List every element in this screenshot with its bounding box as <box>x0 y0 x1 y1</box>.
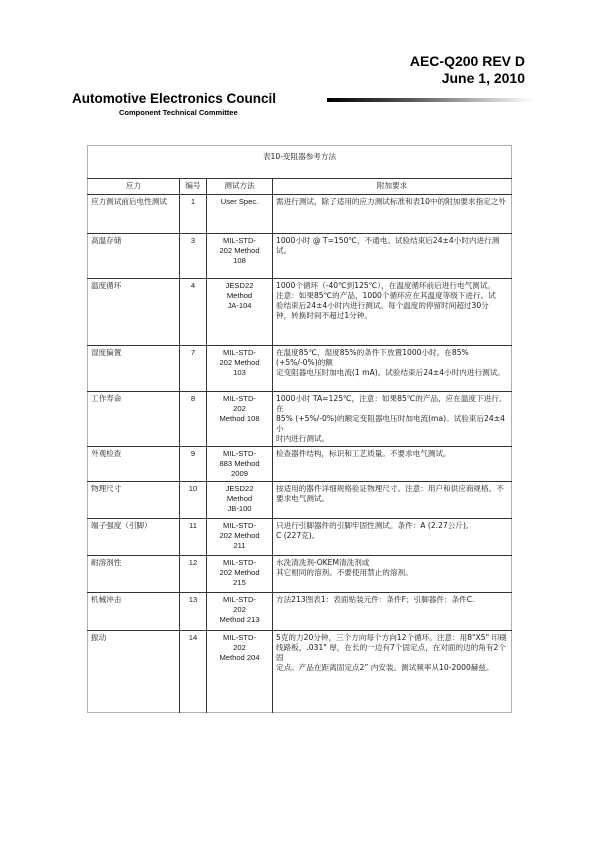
stress-cell: 物理尺寸 <box>88 482 180 519</box>
method-cell: MIL-STD-202 Method103 <box>207 346 273 392</box>
stress-cell: 湿度偏置 <box>88 346 180 392</box>
header-gradient-rule <box>327 98 533 102</box>
number-cell: 11 <box>180 519 207 556</box>
method-cell: MIL-STD-883 Method2009 <box>207 447 273 482</box>
method-cell: JESD22MethodJA-104 <box>207 279 273 346</box>
organization-name: Automotive Electronics Council <box>72 91 276 106</box>
requirement-line: 定点。产品在距离固定点2” 内安装。测试频率从10-2000赫兹。 <box>276 663 508 673</box>
method-cell: MIL-STD-202Method 204 <box>207 631 273 713</box>
method-line: JA-104 <box>210 301 269 311</box>
stress-cell: 振动 <box>88 631 180 713</box>
requirement-line: 检查器件结构，标识和工艺质量。不要求电气测试。 <box>276 449 508 459</box>
stress-cell: 工作寿命 <box>88 392 180 447</box>
requirement-line: 时内进行测试。 <box>276 434 508 444</box>
number-cell: 10 <box>180 482 207 519</box>
requirement-line: 在温度85℃，湿度85%的条件下放置1000小时。在85% (+5%/-0%)的… <box>276 348 508 368</box>
method-line: MIL-STD- <box>210 394 269 404</box>
method-line: Method 204 <box>210 653 269 663</box>
stress-cell: 机械冲击 <box>88 593 180 631</box>
requirement-cell: 按适用的器件详细规格验证物理尺寸。注意：用户和供应商规格。不要求电气测试。 <box>273 482 512 519</box>
requirement-line: 线路板，.031" 厚，在长的一边有7个固定点，在对面的边的角有2个固 <box>276 643 508 663</box>
requirement-line: 5克的力20分钟，三个方向每个方向12个循环。注意：用8"X5" 印刷 <box>276 633 508 643</box>
method-line: 2009 <box>210 469 269 479</box>
table-header-row: 应力 编号 测试方法 附加要求 <box>88 179 512 195</box>
method-line: Method <box>210 291 269 301</box>
number-cell: 7 <box>180 346 207 392</box>
stress-cell: 应力测试前后电性测试 <box>88 195 180 234</box>
table-row: 耐溶剂性12MIL-STD-202 Method215水洗清洗剂-OKEM清洗剂… <box>88 556 512 593</box>
requirement-line: 验结束后24±4小时内进行测试。每个温度的停留时间超过30分 <box>276 301 508 311</box>
stress-cell: 温度循环 <box>88 279 180 346</box>
col-header-requirements: 附加要求 <box>273 179 512 195</box>
requirement-line: 1000小时 TA=125℃，注意：如果85℃的产品，应在温度下进行。在 <box>276 394 508 414</box>
table-row: 温度循环4JESD22MethodJA-1041000个循环（-40℃到125℃… <box>88 279 512 346</box>
requirement-line: 水洗清洗剂-OKEM清洗剂或 <box>276 558 508 568</box>
requirement-cell: 在温度85℃，湿度85%的条件下放置1000小时。在85% (+5%/-0%)的… <box>273 346 512 392</box>
method-line: Method <box>210 494 269 504</box>
table-row: 高温存储3MIL-STD-202 Method1081000小时 @ T=150… <box>88 234 512 279</box>
method-cell: JESD22MethodJB-100 <box>207 482 273 519</box>
requirement-line: 注意：如果85℃的产品，1000个循环应在其温度等级下进行。试 <box>276 291 508 301</box>
table-title-row: 表10-变阻器参考方法 <box>88 146 512 179</box>
col-header-stress: 应力 <box>88 179 180 195</box>
reference-methods-table: 表10-变阻器参考方法 应力 编号 测试方法 附加要求 应力测试前后电性测试1U… <box>87 145 512 713</box>
requirement-line: 1000小时 @ T=150℃，不通电。试验结束后24±4小时内进行测试。 <box>276 236 508 256</box>
method-line: Method 108 <box>210 414 269 424</box>
method-cell: MIL-STD-202Method 108 <box>207 392 273 447</box>
number-cell: 13 <box>180 593 207 631</box>
stress-cell: 外观检查 <box>88 447 180 482</box>
number-cell: 4 <box>180 279 207 346</box>
table-row: 物理尺寸10JESD22MethodJB-100按适用的器件详细规格验证物理尺寸… <box>88 482 512 519</box>
table-row: 湿度偏置7MIL-STD-202 Method103在温度85℃，湿度85%的条… <box>88 346 512 392</box>
method-cell: MIL-STD-202Method 213 <box>207 593 273 631</box>
requirement-line: 其它相同的溶剂。不要使用禁止的溶剂。 <box>276 568 508 578</box>
number-cell: 12 <box>180 556 207 593</box>
number-cell: 1 <box>180 195 207 234</box>
requirement-line: C (227克)。 <box>276 531 508 541</box>
requirement-cell: 5克的力20分钟，三个方向每个方向12个循环。注意：用8"X5" 印刷线路板，.… <box>273 631 512 713</box>
method-cell: User Spec. <box>207 195 273 234</box>
requirement-cell: 检查器件结构，标识和工艺质量。不要求电气测试。 <box>273 447 512 482</box>
doc-code: AEC-Q200 REV D <box>410 53 525 70</box>
method-line: 883 Method <box>210 459 269 469</box>
table-row: 外观检查9MIL-STD-883 Method2009检查器件结构，标识和工艺质… <box>88 447 512 482</box>
requirement-line: 定变阻器电压时加电流(1 mA)。试验结束后24±4小时内进行测试。 <box>276 368 508 378</box>
requirement-line: 只进行引脚器件的引脚牢固性测试。条件：A (2.27公斤), <box>276 521 508 531</box>
stress-cell: 端子强度（引脚） <box>88 519 180 556</box>
number-cell: 9 <box>180 447 207 482</box>
col-header-method: 测试方法 <box>207 179 273 195</box>
committee-name: Component Technical Committee <box>119 108 238 117</box>
requirement-cell: 需进行测试，除了适用的应力测试标准和表10中的附加要求指定之外 <box>273 195 512 234</box>
stress-cell: 耐溶剂性 <box>88 556 180 593</box>
requirement-cell: 只进行引脚器件的引脚牢固性测试。条件：A (2.27公斤),C (227克)。 <box>273 519 512 556</box>
number-cell: 3 <box>180 234 207 279</box>
method-line: 211 <box>210 541 269 551</box>
method-line: MIL-STD- <box>210 521 269 531</box>
requirement-cell: 水洗清洗剂-OKEM清洗剂或其它相同的溶剂。不要使用禁止的溶剂。 <box>273 556 512 593</box>
method-line: Method 213 <box>210 615 269 625</box>
requirement-cell: 方法213图表1：表面贴装元件：条件F；引脚器件：条件C. <box>273 593 512 631</box>
requirement-cell: 1000小时 TA=125℃，注意：如果85℃的产品，应在温度下进行。在85% … <box>273 392 512 447</box>
requirement-cell: 1000小时 @ T=150℃，不通电。试验结束后24±4小时内进行测试。 <box>273 234 512 279</box>
method-line: MIL-STD- <box>210 348 269 358</box>
requirement-line: 按适用的器件详细规格验证物理尺寸。注意：用户和供应商规格。不要求电气测试。 <box>276 484 508 504</box>
table-row: 端子强度（引脚）11MIL-STD-202 Method211只进行引脚器件的引… <box>88 519 512 556</box>
requirement-line: 1000个循环（-40℃到125℃），在温度循环前后进行电气测试。 <box>276 281 508 291</box>
col-header-number: 编号 <box>180 179 207 195</box>
method-line: MIL-STD- <box>210 449 269 459</box>
method-line: JB-100 <box>210 504 269 514</box>
method-line: 202 <box>210 643 269 653</box>
method-line: MIL-STD- <box>210 236 269 246</box>
method-line: 215 <box>210 578 269 588</box>
doc-date: June 1, 2010 <box>410 70 525 87</box>
table-title: 表10-变阻器参考方法 <box>88 146 512 179</box>
method-cell: MIL-STD-202 Method108 <box>207 234 273 279</box>
requirement-cell: 1000个循环（-40℃到125℃），在温度循环前后进行电气测试。注意：如果85… <box>273 279 512 346</box>
number-cell: 14 <box>180 631 207 713</box>
method-line: 202 Method <box>210 246 269 256</box>
document-id: AEC-Q200 REV D June 1, 2010 <box>410 53 525 87</box>
method-line: 202 Method <box>210 568 269 578</box>
table-row: 机械冲击13MIL-STD-202Method 213方法213图表1：表面贴装… <box>88 593 512 631</box>
method-line: MIL-STD- <box>210 633 269 643</box>
requirement-line: 钟，转换时间不超过1分钟。 <box>276 311 508 321</box>
method-line: 202 Method <box>210 358 269 368</box>
method-line: 202 <box>210 605 269 615</box>
method-line: 103 <box>210 368 269 378</box>
method-cell: MIL-STD-202 Method211 <box>207 519 273 556</box>
method-line: JESD22 <box>210 484 269 494</box>
table-row: 工作寿命8MIL-STD-202Method 1081000小时 TA=125℃… <box>88 392 512 447</box>
requirement-line: 85% (+5%/-0%)的额定变阻器电压时加电流(ma)。试验束后24±4小 <box>276 414 508 434</box>
method-line: User Spec. <box>210 197 269 207</box>
table-row: 应力测试前后电性测试1User Spec.需进行测试，除了适用的应力测试标准和表… <box>88 195 512 234</box>
table-row: 振动14MIL-STD-202Method 2045克的力20分钟，三个方向每个… <box>88 631 512 713</box>
method-line: MIL-STD- <box>210 558 269 568</box>
number-cell: 8 <box>180 392 207 447</box>
method-line: MIL-STD- <box>210 595 269 605</box>
method-line: 202 <box>210 404 269 414</box>
method-cell: MIL-STD-202 Method215 <box>207 556 273 593</box>
method-line: 202 Method <box>210 531 269 541</box>
requirement-line: 方法213图表1：表面贴装元件：条件F；引脚器件：条件C. <box>276 595 508 605</box>
method-line: JESD22 <box>210 281 269 291</box>
method-line: 108 <box>210 256 269 266</box>
requirement-line: 需进行测试，除了适用的应力测试标准和表10中的附加要求指定之外 <box>276 197 508 207</box>
stress-cell: 高温存储 <box>88 234 180 279</box>
